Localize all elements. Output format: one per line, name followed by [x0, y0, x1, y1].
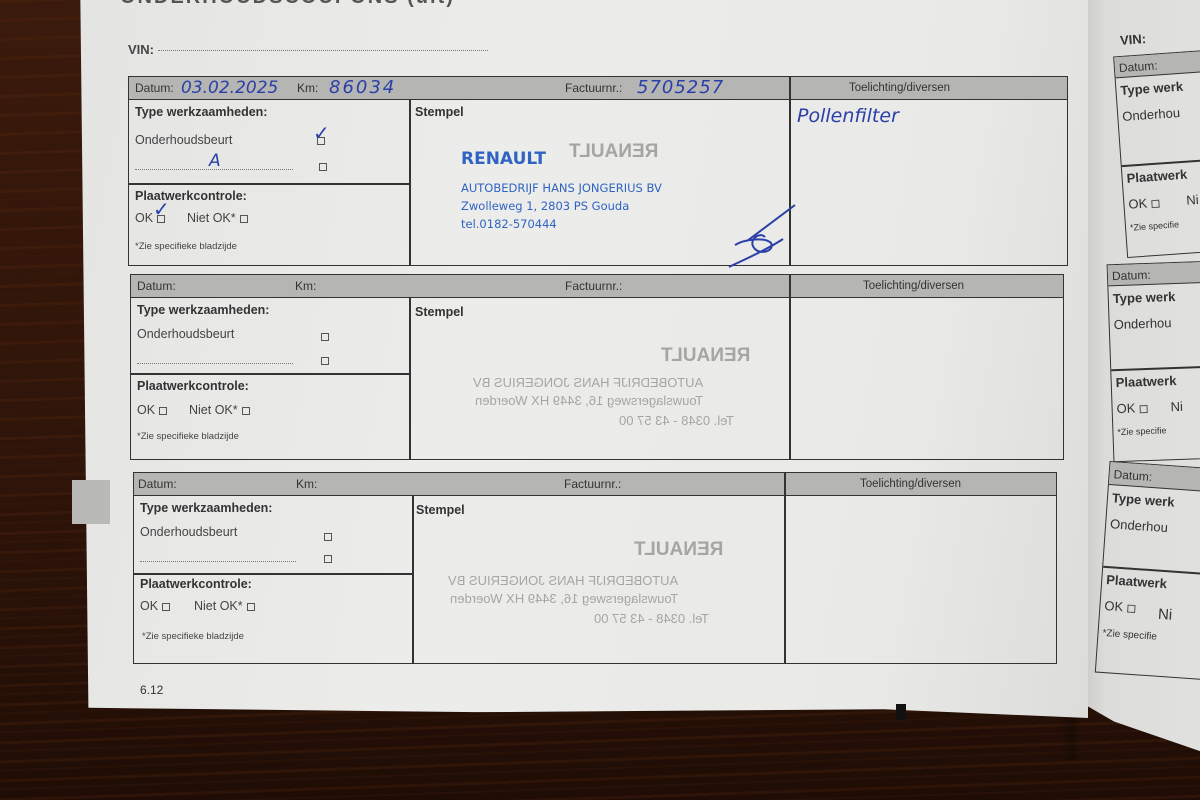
extra-checkbox[interactable] [324, 555, 332, 563]
right-coupon-3: Datum: Type werk Onderhou Plaatwerk OK N… [1095, 461, 1200, 683]
km-value[interactable]: 86034 [329, 77, 396, 98]
coupon-2: Datum: Km: Factuurnr.: Toelichting/diver… [130, 274, 1064, 460]
stamp-company: AUTOBEDRIJF HANS JONGERIUS BV [461, 181, 662, 195]
right-vin-label: VIN: [1120, 31, 1147, 48]
page-number: 6.12 [140, 683, 163, 697]
vin-dotted-line [158, 50, 488, 51]
vin-field: VIN: [128, 42, 488, 57]
checkmark-icon: ✓ [153, 197, 170, 221]
extra-work-value[interactable]: A [209, 151, 221, 171]
datum-value[interactable]: 03.02.2025 [181, 78, 278, 98]
page-title: ONDERHOUDSCOUPONS (uit) [120, 0, 455, 9]
checkmark-icon: ✓ [313, 121, 330, 145]
coupon-1: Datum: Km: Factuurnr.: Toelichting/diver… [128, 76, 1068, 266]
toelichting-value[interactable]: Pollenfilter [797, 105, 899, 127]
page-edge-marker [896, 704, 906, 720]
extra-checkbox[interactable] [321, 357, 329, 365]
niet-ok-checkbox[interactable] [242, 407, 250, 415]
ok-checkbox[interactable] [162, 603, 170, 611]
signature-icon [725, 201, 797, 271]
stamp-phone: tel.0182-570444 [461, 217, 557, 231]
right-coupon-1: Datum: Type werk Onderhou Plaatwerk OK N… [1113, 48, 1200, 258]
niet-ok-checkbox[interactable] [247, 603, 255, 611]
niet-ok-checkbox[interactable] [240, 215, 248, 223]
section-tab-marker [72, 480, 110, 524]
onderhoudsbeurt-checkbox[interactable] [321, 333, 329, 341]
stamp-brand: RENAULT [461, 149, 546, 169]
factuurnr-value[interactable]: 5705257 [637, 77, 724, 98]
coupon-header: Datum: Km: Factuurnr.: Toelichting/diver… [134, 473, 1056, 496]
stamp-address: Zwolleweg 1, 2803 PS Gouda [461, 199, 629, 213]
extra-checkbox[interactable] [319, 163, 327, 171]
ok-checkbox[interactable] [159, 407, 167, 415]
right-coupon-2: Datum: Type werk Onderhou Plaatwerk OK N… [1107, 260, 1200, 462]
onderhoudsbeurt-checkbox[interactable] [324, 533, 332, 541]
coupon-header: Datum: Km: Factuurnr.: Toelichting/diver… [131, 275, 1063, 298]
coupon-3: Datum: Km: Factuurnr.: Toelichting/diver… [133, 472, 1057, 664]
